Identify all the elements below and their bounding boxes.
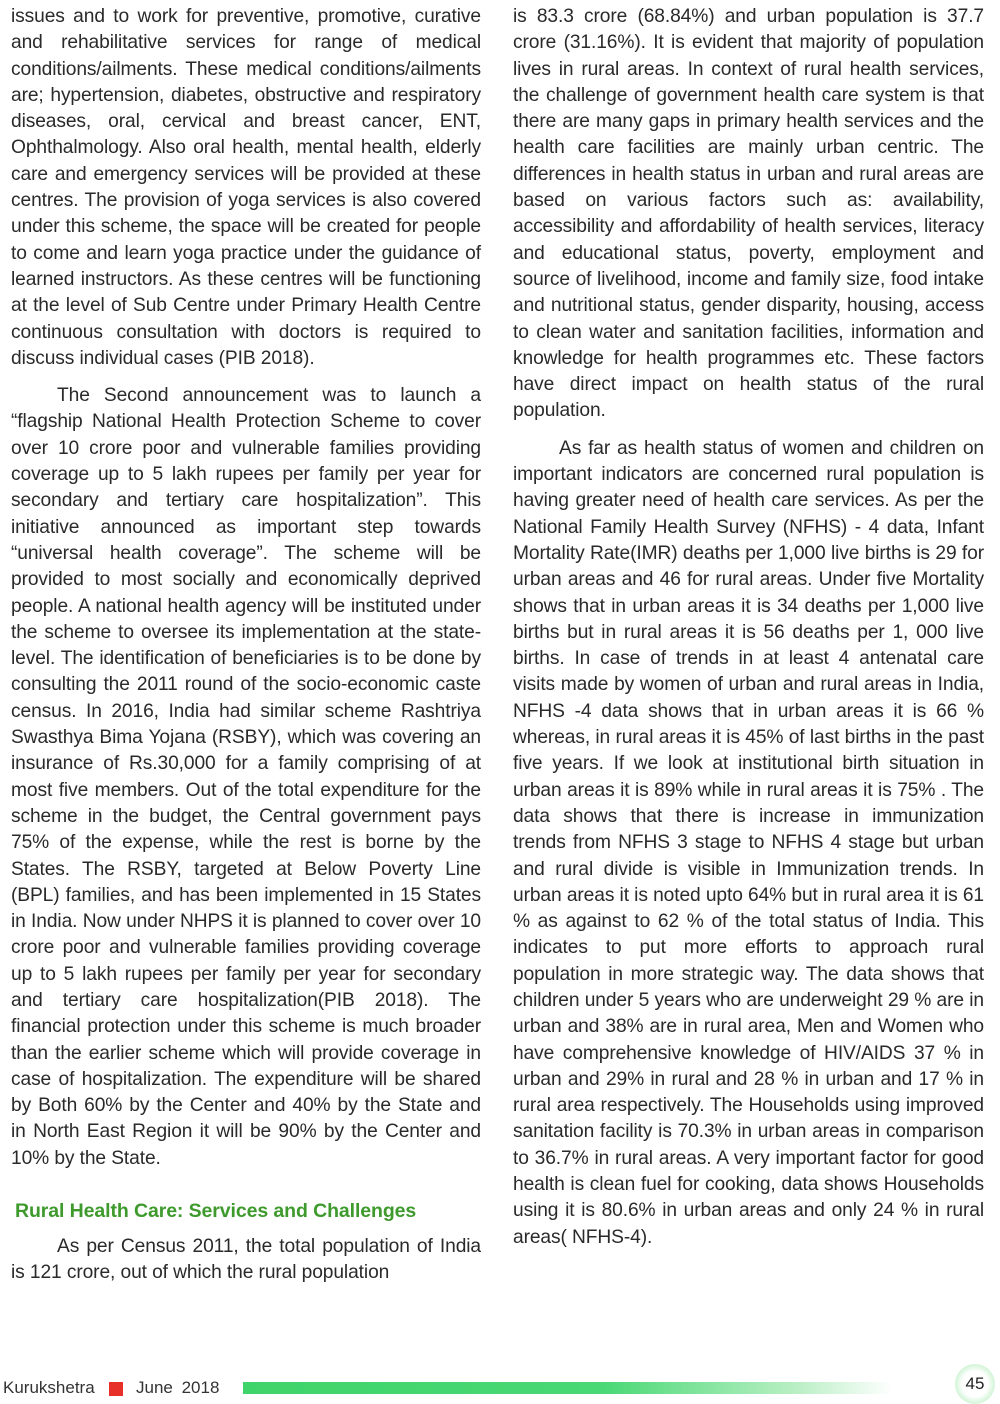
page-number: 45 bbox=[955, 1364, 995, 1404]
page-footer: Kurukshetra June 2018 45 bbox=[0, 1370, 1000, 1404]
issue-date: June 2018 bbox=[136, 1378, 219, 1398]
red-square-icon bbox=[109, 1382, 123, 1396]
magazine-name: Kurukshetra bbox=[3, 1378, 95, 1398]
section-heading: Rural Health Care: Services and Challeng… bbox=[15, 1198, 481, 1224]
paragraph-rural-population: is 83.3 crore (68.84%) and urban populat… bbox=[513, 4, 984, 425]
right-column: is 83.3 crore (68.84%) and urban populat… bbox=[513, 4, 984, 1251]
paragraph-women-children-health: As far as health status of women and chi… bbox=[513, 436, 984, 1251]
green-footer-bar bbox=[243, 1382, 893, 1394]
paragraph-nhps-announcement: The Second announcement was to launch a … bbox=[11, 383, 481, 1172]
paragraph-census: As per Census 2011, the total population… bbox=[11, 1234, 481, 1287]
left-column: issues and to work for preventive, promo… bbox=[11, 4, 481, 1287]
paragraph-health-wellness-services: issues and to work for preventive, promo… bbox=[11, 4, 481, 372]
